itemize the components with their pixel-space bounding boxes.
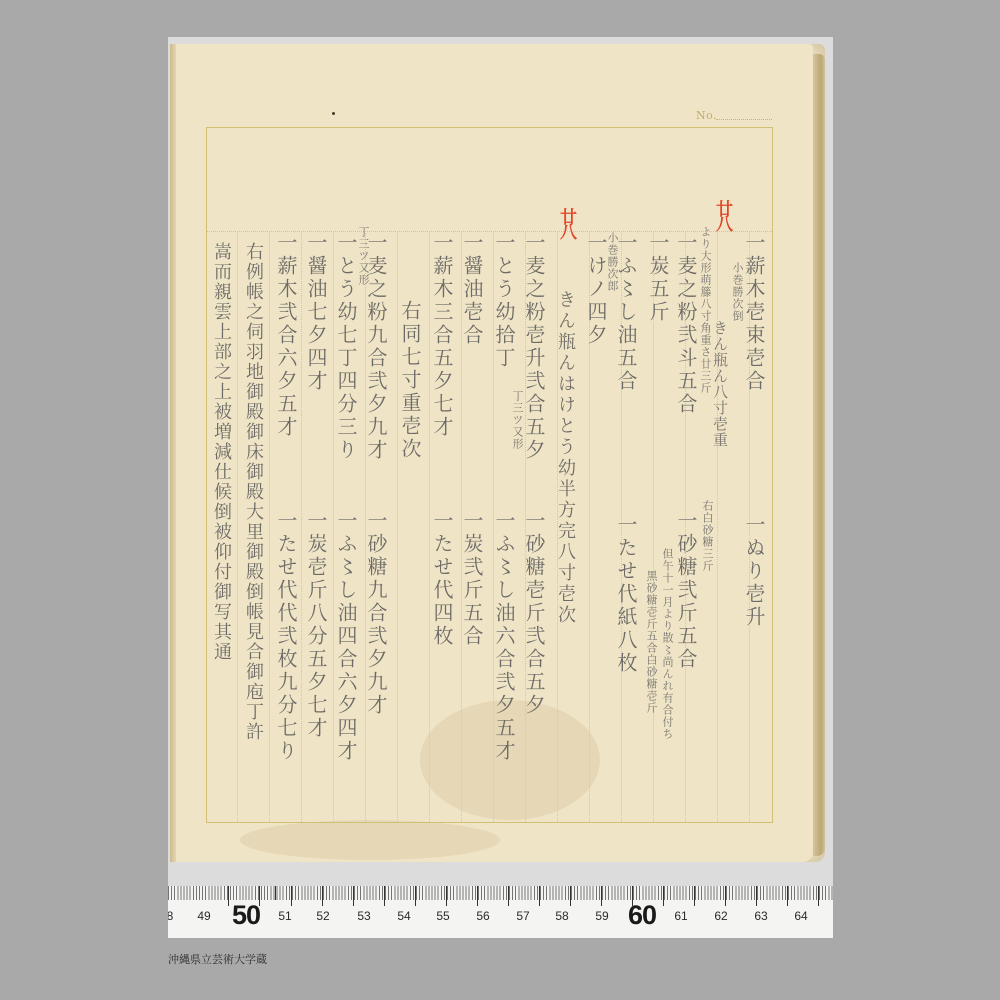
column-rule — [269, 231, 270, 822]
page-edges — [813, 54, 825, 856]
ruler-label: 49 — [197, 909, 210, 923]
ruler-cm-mark — [818, 886, 819, 906]
page-number-blank — [716, 119, 772, 120]
ruler-cm-mark — [663, 886, 664, 906]
entry-note: 小巻勝次郎 — [607, 232, 618, 292]
ruler-cm-mark — [228, 886, 229, 906]
entry-column: きん瓶んはけとう幼半方完八寸壱次 — [556, 290, 574, 626]
ruler-label: 56 — [476, 909, 489, 923]
ruler-cm-mark — [787, 886, 788, 906]
entry-note: 右白砂糖三斤 — [702, 500, 713, 572]
entry-column: 一たせ代代弐枚九分七り — [276, 510, 296, 763]
entry-column: 一麦之粉壱升弐合五夕 — [524, 232, 544, 462]
entry-column: 一ふ〻し油四合六夕四才 — [336, 510, 356, 763]
ruler-label: 54 — [397, 909, 410, 923]
ruler-label: 61 — [674, 909, 687, 923]
entry-note: 丁三ツ又形 — [512, 390, 523, 450]
paper-stain — [240, 820, 500, 860]
entry-column: 右同七寸重壱次 — [400, 300, 420, 461]
collection-caption: 沖縄県立芸術大学蔵 — [168, 951, 267, 967]
ruler-half-mark — [275, 886, 276, 900]
ruler-label: 8 — [168, 909, 173, 923]
ruler-cm-mark — [477, 886, 478, 906]
ruler-cm-mark — [291, 886, 292, 906]
entry-note: きん瓶ん八寸壱重 — [712, 320, 727, 448]
page-number-label: No. — [696, 109, 717, 122]
ruler-label: 52 — [316, 909, 329, 923]
entry-column: 一薪木三合五夕七才 — [432, 232, 452, 439]
entry-column: 右例帳之伺羽地御殿御床御殿大里御殿倒帳見合御庖丁許 — [244, 242, 262, 742]
entry-note: 丁三ツ又形 — [358, 226, 369, 286]
ruler-cm-mark — [384, 886, 385, 906]
ruler-label: 63 — [754, 909, 767, 923]
entry-column: 一麦之粉弐斗五合 — [676, 232, 696, 416]
entry-column: 一ふ〻し油六合弐夕五才 — [494, 510, 514, 763]
entry-column: 一醤油七夕四才 — [306, 232, 326, 393]
column-rule — [237, 231, 238, 822]
entry-note: 小巻勝次倒 — [732, 262, 743, 322]
ruler-cm-mark — [446, 886, 447, 906]
entry-column: 一砂糖弐斤五合 — [676, 510, 696, 671]
ruler-label: 64 — [794, 909, 807, 923]
entry-column: 一けノ四夕 — [586, 232, 606, 347]
entry-column: 一炭五斤 — [648, 232, 668, 324]
ruler-cm-mark — [508, 886, 509, 906]
entry-column: 一砂糖九合弐夕九才 — [366, 510, 386, 717]
red-page-marker: 廿八 — [713, 200, 730, 230]
entry-column: 一炭壱斤八分五夕七才 — [306, 510, 326, 740]
ruler-label: 51 — [278, 909, 291, 923]
entry-column: 一たせ代四枚 — [432, 510, 452, 648]
entry-column: 嵩而親雲上部之上被増減仕候倒被仰付御写其通 — [212, 242, 230, 662]
entry-column: 一ふ〻し油五合 — [616, 232, 636, 393]
ruler-cm-mark — [601, 886, 602, 906]
ruler-cm-mark — [353, 886, 354, 906]
ruler-cm-mark — [539, 886, 540, 906]
entry-column: 一砂糖壱斤弐合五夕 — [524, 510, 544, 717]
entry-column: 一たせ代紙八枚 — [616, 514, 636, 675]
ruler-label: 59 — [595, 909, 608, 923]
entry-note: 但午十一月より散〻尚んれ有合付ち — [662, 548, 673, 740]
entry-column: 一とう幼拾丁 — [494, 232, 514, 370]
ruler-label: 62 — [714, 909, 727, 923]
ruler-cm-mark — [570, 886, 571, 906]
ruler-cm-mark — [415, 886, 416, 906]
ruler-label-major: 60 — [628, 900, 656, 931]
ruler-cm-mark — [756, 886, 757, 906]
ruler-label: 58 — [555, 909, 568, 923]
ruler-label-major: 50 — [232, 900, 260, 931]
ruler-label: 55 — [436, 909, 449, 923]
ruler-cm-mark — [694, 886, 695, 906]
entry-note: より大形萌籐八寸角重さ廿三斤 — [700, 226, 711, 394]
ruler-label: 53 — [357, 909, 370, 923]
entry-column: 一醤油壱合 — [462, 232, 482, 347]
ruler-cm-mark — [322, 886, 323, 906]
ruler-ticks — [168, 886, 833, 900]
entry-column: 一ぬり壱升 — [744, 514, 764, 629]
entry-column: 一とう幼七丁四分三り — [336, 232, 356, 462]
notebook-spine — [170, 44, 176, 862]
entry-column: 一薪木弐合六夕五才 — [276, 232, 296, 439]
entry-column: 一炭弐斤五合 — [462, 510, 482, 648]
measuring-ruler: 8 49 50 51 52 53 54 55 56 57 58 59 60 61… — [168, 886, 833, 938]
entry-column: 一薪木壱束壱合 — [744, 232, 764, 393]
entry-note: 黒砂糖壱斤五合白砂糖壱斤 — [646, 570, 657, 714]
red-page-marker: 廿八 — [557, 208, 574, 238]
ruler-cm-mark — [725, 886, 726, 906]
column-rule — [301, 231, 302, 822]
ink-speck — [332, 112, 335, 115]
ruler-label: 57 — [516, 909, 529, 923]
